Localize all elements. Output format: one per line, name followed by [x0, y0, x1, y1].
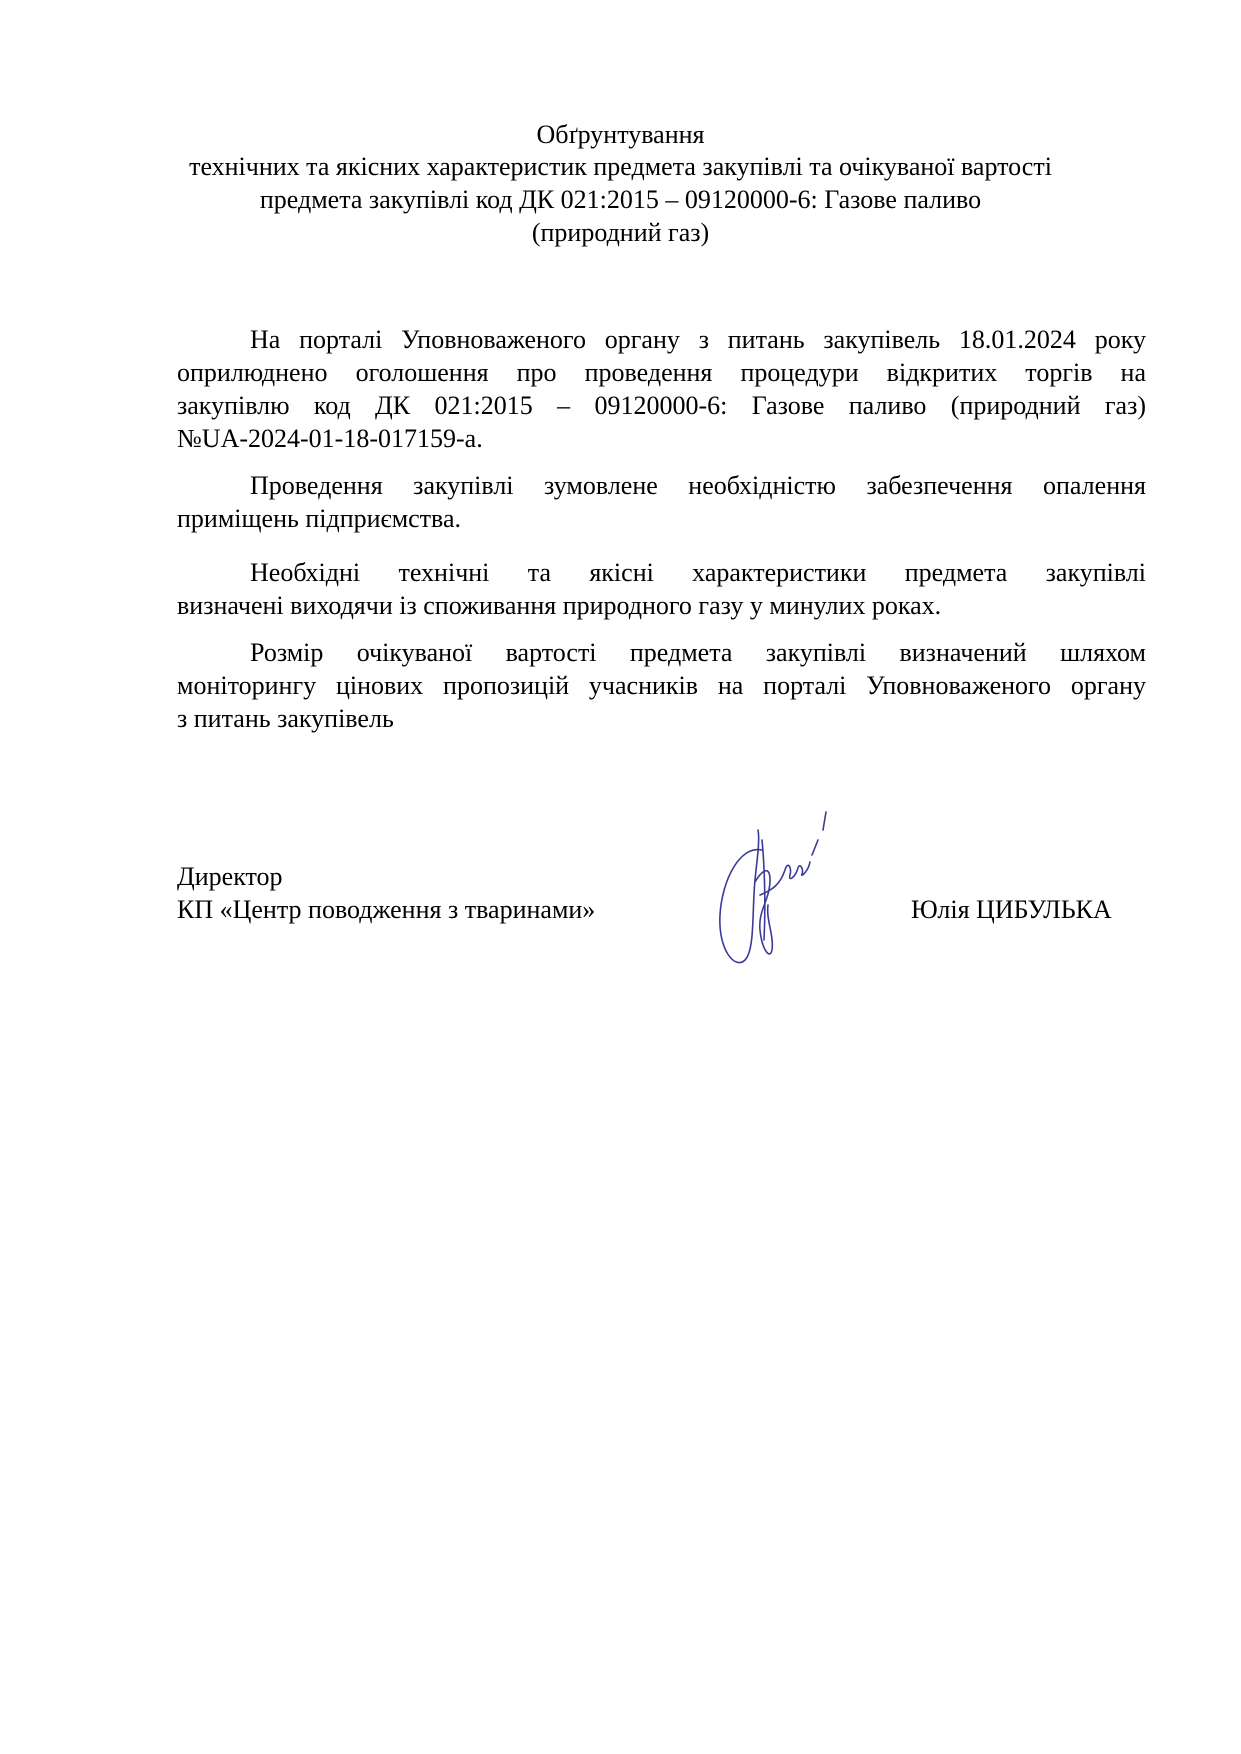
paragraph-line: Необхідні технічні та якісні характерист…: [250, 558, 1146, 588]
title-line: предмета закупівлі код ДК 021:2015 – 091…: [0, 185, 1241, 215]
signer-position: Директор: [177, 862, 283, 892]
title-line: Обґрунтування: [0, 120, 1241, 150]
title-line: (природний газ): [0, 218, 1241, 248]
paragraph-line: Розмір очікуваної вартості предмета заку…: [250, 638, 1146, 668]
paragraph-line: приміщень підприємства.: [177, 504, 461, 534]
paragraph-line: визначені виходячи із споживання природн…: [177, 591, 941, 621]
handwritten-signature-icon: [700, 800, 840, 980]
paragraph-line: №UA-2024-01-18-017159-a.: [177, 424, 483, 454]
signer-name: Юлія ЦИБУЛЬКА: [911, 895, 1112, 925]
signer-organization: КП «Центр поводження з тваринами»: [177, 895, 595, 925]
paragraph-line: закупівлю код ДК 021:2015 – 09120000-6: …: [177, 391, 1146, 421]
paragraph-line: На порталі Уповноваженого органу з питан…: [250, 325, 1146, 355]
paragraph-line: з питань закупівель: [177, 704, 394, 734]
title-line: технічних та якісних характеристик предм…: [0, 152, 1241, 182]
paragraph-line: оприлюднено оголошення про проведення пр…: [177, 358, 1146, 388]
paragraph-line: моніторингу цінових пропозицій учасників…: [177, 671, 1146, 701]
paragraph-line: Проведення закупівлі зумовлене необхідні…: [250, 471, 1146, 501]
